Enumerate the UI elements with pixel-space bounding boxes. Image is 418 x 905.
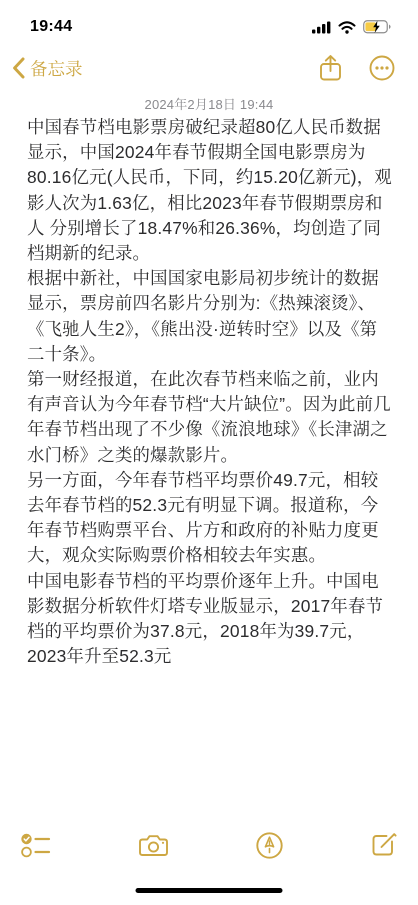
back-button[interactable]: 备忘录 xyxy=(12,56,83,81)
note-paragraph: 根据中新社，中国国家电影局初步统计的数据显示，票房前四名影片分别为:《热辣滚烫》… xyxy=(27,266,392,367)
camera-icon xyxy=(138,833,169,858)
home-indicator[interactable] xyxy=(136,888,283,893)
markup-button[interactable] xyxy=(255,831,284,860)
note-date: 2024年2月18日 19:44 xyxy=(0,94,418,113)
note-paragraph: 中国春节档电影票房破纪录超80亿人民币数据显示，中国2024年春节假期全国电影票… xyxy=(27,115,392,266)
wifi-icon xyxy=(338,21,356,34)
share-button[interactable] xyxy=(319,54,342,82)
checklist-icon xyxy=(20,832,52,859)
nav-bar: 备忘录 xyxy=(0,46,418,90)
checklist-button[interactable] xyxy=(20,832,52,859)
more-options-button[interactable] xyxy=(368,54,396,82)
battery-charging-icon xyxy=(363,20,392,34)
notes-app-screen: 19:44 xyxy=(0,0,418,905)
camera-button[interactable] xyxy=(138,833,169,858)
note-paragraph: 另一方面，今年春节档平均票价49.7元，相较去年春节档的52.3元有明显下调。报… xyxy=(27,468,392,569)
note-body-text[interactable]: 中国春节档电影票房破纪录超80亿人民币数据显示，中国2024年春节假期全国电影票… xyxy=(27,115,392,669)
markup-pen-icon xyxy=(255,831,284,860)
compose-button[interactable] xyxy=(370,831,398,859)
ellipsis-circle-icon xyxy=(368,54,396,82)
note-paragraph: 中国电影春节档的平均票价逐年上升。中国电影数据分析软件灯塔专业版显示，2017年… xyxy=(27,569,392,670)
cellular-signal-icon xyxy=(312,21,331,34)
share-icon xyxy=(319,54,342,82)
chevron-left-icon xyxy=(12,57,25,79)
status-bar: 19:44 xyxy=(0,0,418,44)
back-button-label: 备忘录 xyxy=(30,56,83,81)
note-paragraph: 第一财经报道，在此次春节档来临之前，业内有声音认为今年春节档“大片缺位”。因为此… xyxy=(27,367,392,468)
compose-icon xyxy=(370,831,398,859)
status-bar-time: 19:44 xyxy=(30,18,72,36)
bottom-toolbar xyxy=(0,817,418,873)
status-bar-icons xyxy=(312,20,392,34)
